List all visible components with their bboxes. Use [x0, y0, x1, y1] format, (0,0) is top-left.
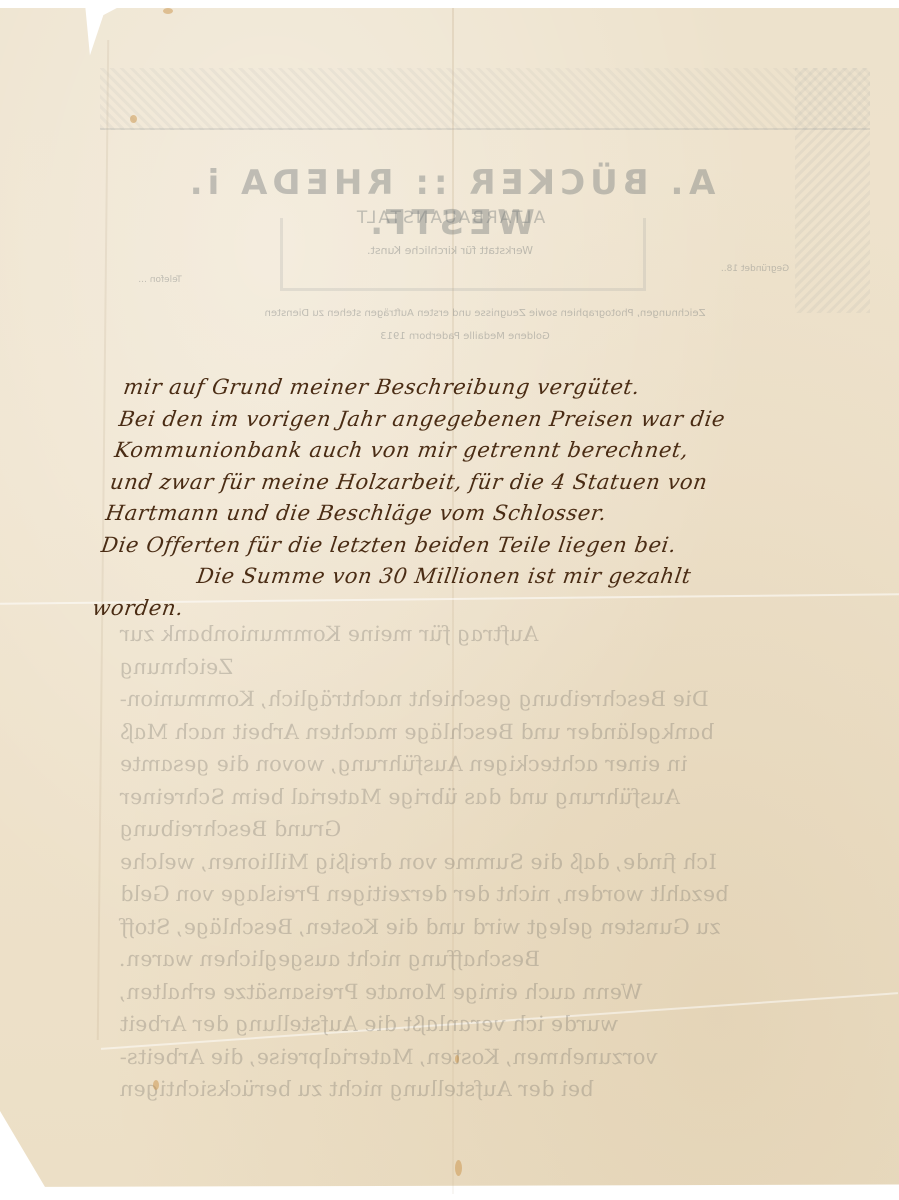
bleed-line: Ich finde, daß die Summe von dreißig Mil… [117, 846, 884, 879]
bleed-line: Wenn auch einige Monate Preisansätze erh… [117, 976, 884, 1009]
bleed-line: Die Beschreibung geschieht nachträglich,… [117, 683, 884, 716]
letterhead-right-ornament [795, 68, 870, 313]
letterhead-bleed-through: A. BÜCKER :: RHEDA i. WESTF. ALTARBAUANS… [100, 68, 870, 328]
handwritten-line: und zwar für meine Holzarbeit, für die 4… [108, 467, 899, 499]
handwritten-line: Bei den im vorigen Jahr angegebenen Prei… [117, 404, 899, 436]
letterhead-tagline: Werkstatt für kirchliche Kunst. [310, 244, 590, 257]
paper-stain [163, 8, 173, 14]
bleed-line: wurde ich veranlaßt die Aufstellung der … [117, 1008, 884, 1041]
letterhead-award-line: Goldene Medaille Paderborn 1913 [300, 331, 630, 342]
bleed-line: Beschaffung nicht ausgeglichen waren. [117, 943, 884, 976]
reverse-side-bleed-through: Auftrag für meine Kommunionbank zur Zeic… [120, 618, 880, 1106]
bleed-line: Auftrag für meine Kommunionbank zur [117, 618, 884, 651]
paper-stain [130, 115, 137, 123]
handwritten-text: mir auf Grund meiner Beschreibung vergüt… [90, 372, 899, 624]
bleed-line: Ausführung und das übrige Material beim … [117, 781, 884, 814]
handwritten-line: mir auf Grund meiner Beschreibung vergüt… [121, 372, 899, 404]
bleed-line: Zeichnung [117, 651, 884, 684]
bleed-line: vorzunehmen, Kosten, Materialpreise, die… [117, 1041, 884, 1074]
bleed-line: bei der Aufstellung nicht zu berücksicht… [117, 1073, 884, 1106]
paper-stain [153, 1080, 159, 1090]
handwritten-line: Kommunionbank auch von mir getrennt bere… [112, 435, 899, 467]
letterhead-company-name: A. BÜCKER :: RHEDA i. WESTF. [160, 163, 740, 243]
letterhead-subtitle: ALTARBAUANSTALT [300, 208, 600, 228]
handwritten-line: Die Offerten für die letzten beiden Teil… [99, 530, 893, 562]
bleed-line: bezahlt worden, nicht der derzeitigen Pr… [117, 878, 884, 911]
letterhead-top-border [100, 68, 870, 130]
bleed-line: bankgeländer und Beschläge machten Arbei… [117, 716, 884, 749]
letterhead-left-note: Telefon ... [110, 275, 210, 285]
bleed-line: in einer achteckigen Ausführung, wovon d… [117, 748, 884, 781]
handwritten-line: Die Summe von 30 Millionen ist mir gezah… [95, 561, 889, 593]
paper-stain [455, 1160, 462, 1176]
letterhead-right-note: Gegründet 18.. [720, 264, 790, 274]
bleed-line: Grund Beschreibung [117, 813, 884, 846]
letterhead-info-line: Zeichnungen, Photographien sowie Zeugnis… [100, 308, 870, 319]
bleed-line: zu Gunsten gelegt wird und die Kosten, B… [117, 911, 884, 944]
paper-stain [455, 1055, 459, 1063]
handwritten-line: Hartmann und die Beschläge vom Schlosser… [104, 498, 898, 530]
